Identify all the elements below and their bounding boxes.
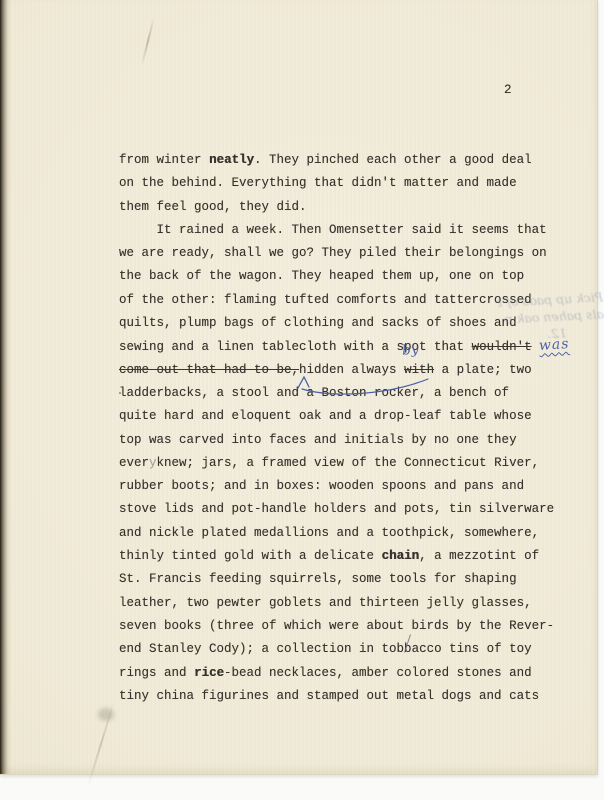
typescript-line: on the behind. Everything that didn't ma… bbox=[119, 172, 579, 195]
typescript-line: from winter neatly. They pinched each ot… bbox=[119, 149, 579, 172]
typescript-line: seven books (three of which were about b… bbox=[119, 615, 579, 638]
typescript-line: stove lids and pot-handle holders and po… bbox=[119, 498, 579, 521]
typescript-line: end Stanley Cody); a collection in tobba… bbox=[119, 638, 579, 661]
typescript-line: thinly tinted gold with a delicate chain… bbox=[119, 545, 579, 568]
paper-stain bbox=[98, 708, 114, 721]
typescript-line: we are ready, shall we go? They piled th… bbox=[119, 242, 579, 265]
typescript-line: everyknew; jars, a framed view of the Co… bbox=[119, 452, 579, 475]
page-number: 2 bbox=[504, 83, 512, 97]
typescript-line: top was carved into faces and initials b… bbox=[119, 429, 579, 452]
typescript-line: tiny china figurines and stamped out met… bbox=[119, 685, 579, 708]
typescript-line: rubber boots; and in boxes: wooden spoon… bbox=[119, 475, 579, 498]
typescript-line: the back of the wagon. They heaped them … bbox=[119, 265, 579, 288]
bleedthrough-handwriting: Pick up pads of tals pahen oak p12. bbox=[499, 288, 604, 344]
typescript-line: It rained a week. Then Omensetter said i… bbox=[119, 219, 579, 242]
typescript-line: and nickle plated medallions and a tooth… bbox=[119, 522, 579, 545]
scanned-manuscript-page: { "page": { "number": "2", "paper_color"… bbox=[0, 0, 604, 800]
typescript-line: St. Francis feeding squirrels, some tool… bbox=[119, 568, 579, 591]
typescript-line: rings and rice-bead necklaces, amber col… bbox=[119, 662, 579, 685]
typescript-line: quite hard and eloquent oak and a drop-l… bbox=[119, 405, 579, 428]
scan-left-edge bbox=[0, 0, 11, 774]
typescript-line: them feel good, they did. bbox=[119, 196, 579, 219]
handwritten-insertion-by: by bbox=[401, 341, 420, 359]
typescript-line: leather, two pewter goblets and thirteen… bbox=[119, 592, 579, 615]
typescript-body: from winter neatly. They pinched each ot… bbox=[119, 149, 579, 708]
insertion-caret-and-arc bbox=[288, 368, 448, 398]
